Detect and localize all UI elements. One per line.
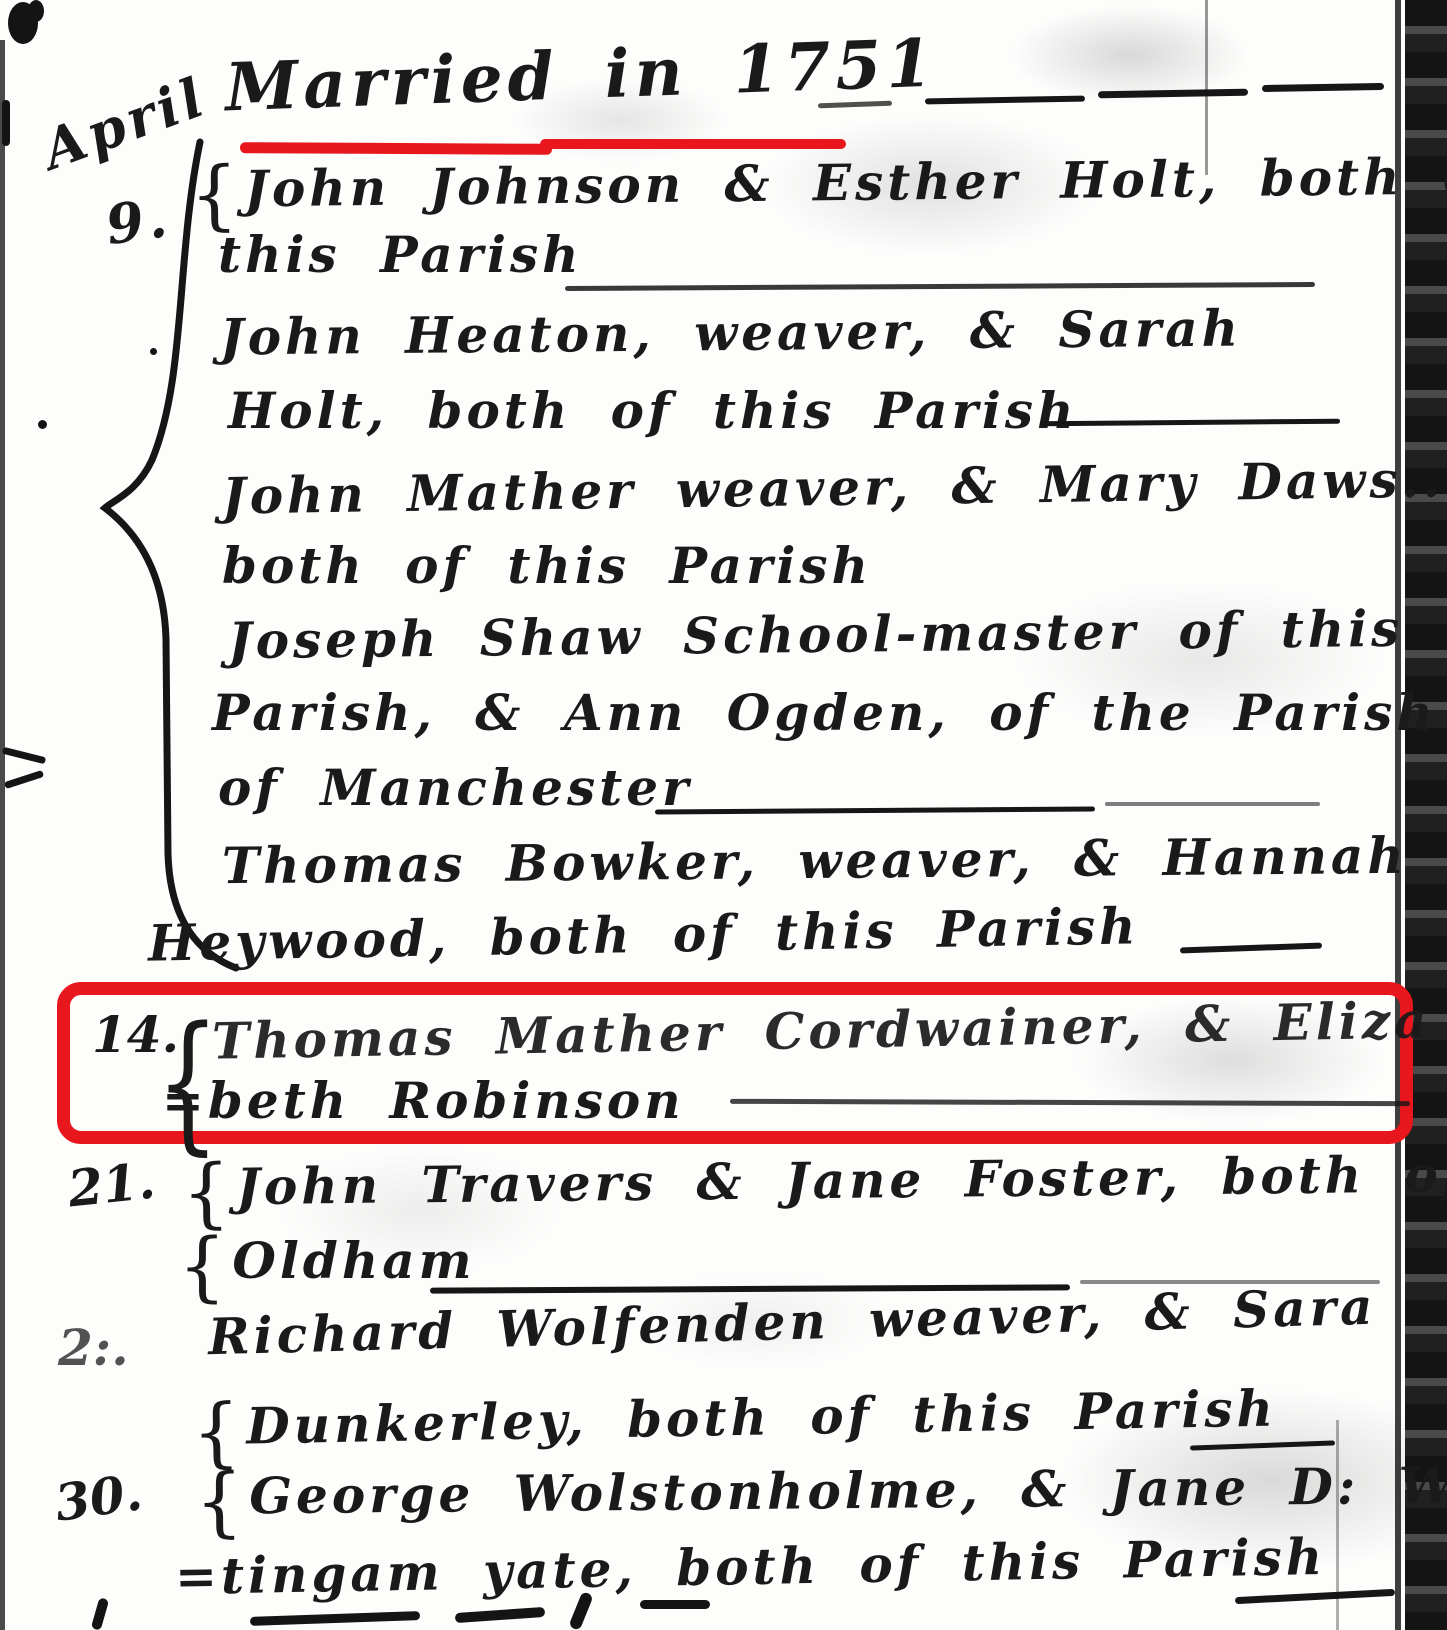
entry-line: Joseph Shaw School-master of this: [228, 604, 1404, 666]
ink-blot: [28, 0, 44, 22]
ink-flourish-line: [565, 282, 1315, 291]
entry-line: {John Johnson & Esther Holt, both of: [190, 143, 1447, 233]
cut-off-ink-stroke: [250, 1611, 420, 1626]
ink-flourish-line: [1105, 802, 1320, 806]
ink-flourish-line: [1235, 1589, 1395, 1604]
brace-mark: {: [195, 1463, 244, 1539]
entry-line: this Parish: [218, 230, 583, 280]
entry-line: =tingam yate, both of this Parish: [175, 1532, 1327, 1602]
cut-off-ink-stroke: [91, 1597, 109, 1630]
entry-line: John Heaton, weaver, & Sarah: [220, 304, 1242, 363]
ink-dot: [38, 420, 47, 429]
ink-flourish-line: [1098, 89, 1248, 99]
entry-number: 21.: [65, 1151, 158, 1219]
entry-line: Holt, both of this Parish: [228, 386, 1077, 436]
entry-line: {John Travers & Jane Foster, both of: [182, 1141, 1447, 1230]
page-right-rule: [1395, 0, 1401, 1630]
ink-flourish-line: [655, 806, 1095, 814]
cut-off-ink-stroke: [640, 1600, 710, 1609]
ink-speck: [2, 100, 10, 146]
entry-line: of Manchester: [218, 763, 692, 813]
entry-line: Thomas Bowker, weaver, & Hannah: [222, 831, 1408, 891]
ink-flourish-line: [1040, 419, 1340, 427]
entry-line: {George Wolstonholme, & Jane D: Whi: [195, 1452, 1447, 1540]
entry-number: 30.: [51, 1462, 145, 1533]
brace-mark: {: [190, 156, 239, 233]
entry-number: 2:.: [58, 1318, 129, 1377]
book-spine-edge: [1405, 0, 1447, 1630]
ink-flourish-line: [925, 96, 1085, 105]
margin-cross-mark: [4, 770, 44, 789]
page-left-edge: [0, 40, 5, 1630]
entry-line: Heywood, both of this Parish: [148, 901, 1140, 968]
brace-mark: {: [178, 1228, 226, 1304]
ink-flourish-line: [1180, 943, 1322, 954]
parish-register-page: Married in 1751 April 9. {John Johnson &…: [0, 0, 1447, 1630]
entry-line: John Mather weaver, & Mary Daws..: [222, 454, 1445, 521]
title-red-underline: [540, 139, 846, 149]
margin-cross-mark: [2, 747, 46, 764]
ink-flourish-line: [1262, 83, 1384, 92]
entry-line: =beth Robinson: [162, 1076, 685, 1126]
entry-line: both of this Parish: [222, 541, 872, 591]
cut-off-ink-stroke: [455, 1607, 545, 1623]
brace-mark: {: [182, 1154, 231, 1231]
entry-line: Parish, & Ann Ogden, of the Parish: [212, 688, 1437, 738]
